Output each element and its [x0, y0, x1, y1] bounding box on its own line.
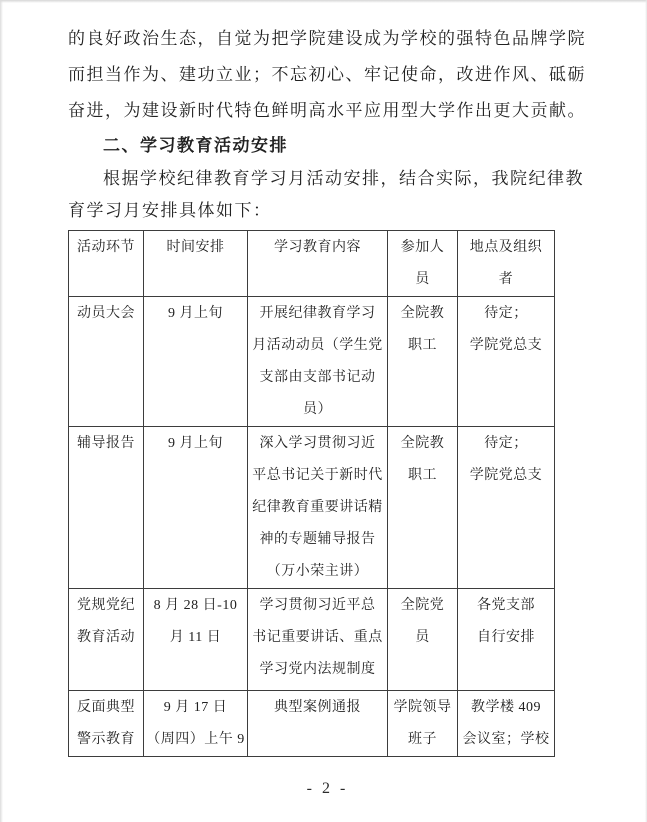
cell-line: 纪律教育重要讲话精 [250, 492, 385, 524]
cell-line: 班子 [390, 724, 455, 756]
cell-line: 自行安排 [460, 622, 552, 654]
cell-line: 动员大会 [71, 298, 141, 330]
table-cell: 教学楼 409会议室；学校 [458, 691, 555, 757]
document-page: 的良好政治生态，自觉为把学院建设成为学校的强特色品牌学院而担当作为、建功立业；不… [0, 0, 647, 822]
cell-line: 活动环节 [71, 232, 141, 264]
cell-line: 支部由支部书记动 [250, 362, 385, 394]
cell-line: 员 [390, 622, 455, 654]
table-cell: 全院党员 [388, 589, 458, 691]
header-cell: 参加人员 [388, 231, 458, 297]
text-line: 而担当作为、建功立业；不忘初心、牢记使命，改进作风、砥砺 [68, 57, 587, 93]
table-cell: 待定；学院党总支 [458, 297, 555, 427]
cell-line: 员 [390, 264, 455, 296]
body-paragraph-1: 的良好政治生态，自觉为把学院建设成为学校的强特色品牌学院而担当作为、建功立业；不… [68, 21, 587, 129]
cell-line: 学院领导 [390, 692, 455, 724]
table-row: 动员大会9 月上旬开展纪律教育学习月活动动员（学生党支部由支部书记动员）全院教职… [69, 297, 555, 427]
cell-line: 职工 [390, 460, 455, 492]
table-header-row: 活动环节时间安排学习教育内容参加人员地点及组织者 [69, 231, 555, 297]
cell-line: 党规党纪 [71, 590, 141, 622]
table-row: 反面典型警示教育9 月 17 日（周四）上午 9典型案例通报学院领导班子教学楼 … [69, 691, 555, 757]
table-cell: 深入学习贯彻习近平总书记关于新时代纪律教育重要讲话精神的专题辅导报告（万小荣主讲… [248, 427, 388, 589]
table-cell: 典型案例通报 [248, 691, 388, 757]
cell-line: 时间安排 [146, 232, 245, 264]
table-cell: 8 月 28 日-10月 11 日 [144, 589, 248, 691]
cell-line: 辅导报告 [71, 428, 141, 460]
cell-line: 教学楼 409 [460, 692, 552, 724]
cell-line: 深入学习贯彻习近 [250, 428, 385, 460]
cell-line: 员） [250, 394, 385, 426]
table-cell: 全院教职工 [388, 297, 458, 427]
page-content: 的良好政治生态，自觉为把学院建设成为学校的强特色品牌学院而担当作为、建功立业；不… [68, 21, 587, 798]
table-cell: 9 月上旬 [144, 427, 248, 589]
cell-line: 地点及组织 [460, 232, 552, 264]
text-line: 奋进，为建设新时代特色鲜明高水平应用型大学作出更大贡献。 [68, 93, 587, 129]
table-cell: 待定；学院党总支 [458, 427, 555, 589]
table-row: 辅导报告9 月上旬深入学习贯彻习近平总书记关于新时代纪律教育重要讲话精神的专题辅… [69, 427, 555, 589]
table-cell: 全院教职工 [388, 427, 458, 589]
cell-line: 9 月上旬 [146, 428, 245, 460]
table-cell: 开展纪律教育学习月活动动员（学生党支部由支部书记动员） [248, 297, 388, 427]
cell-line: 各党支部 [460, 590, 552, 622]
cell-line: 学院党总支 [460, 330, 552, 362]
table-cell: 9 月 17 日（周四）上午 9 [144, 691, 248, 757]
cell-line: 反面典型 [71, 692, 141, 724]
cell-line: 学习贯彻习近平总 [250, 590, 385, 622]
cell-line: 9 月上旬 [146, 298, 245, 330]
cell-line: 警示教育 [71, 724, 141, 756]
page-number: - 2 - [68, 780, 587, 798]
cell-line: （周四）上午 9 [146, 724, 245, 756]
text-line: 根据学校纪律教育学习月活动安排，结合实际，我院纪律教 [68, 163, 587, 195]
cell-line: 职工 [390, 330, 455, 362]
table-cell: 党规党纪教育活动 [69, 589, 144, 691]
table-cell: 学习贯彻习近平总书记重要讲话、重点学习党内法规制度 [248, 589, 388, 691]
table-cell: 反面典型警示教育 [69, 691, 144, 757]
cell-line: 8 月 28 日-10 [146, 590, 245, 622]
schedule-table: 活动环节时间安排学习教育内容参加人员地点及组织者 动员大会9 月上旬开展纪律教育… [68, 230, 555, 757]
cell-line: 待定； [460, 298, 552, 330]
table-cell: 辅导报告 [69, 427, 144, 589]
cell-line: （万小荣主讲） [250, 556, 385, 588]
page-edge-left [0, 0, 3, 822]
cell-line: 学习教育内容 [250, 232, 385, 264]
cell-line: 待定； [460, 428, 552, 460]
table-cell: 动员大会 [69, 297, 144, 427]
cell-line: 学院党总支 [460, 460, 552, 492]
cell-line: 教育活动 [71, 622, 141, 654]
cell-line: 全院教 [390, 298, 455, 330]
cell-line: 9 月 17 日 [146, 692, 245, 724]
header-cell: 活动环节 [69, 231, 144, 297]
cell-line: 全院教 [390, 428, 455, 460]
page-edge-top [0, 0, 647, 3]
header-cell: 学习教育内容 [248, 231, 388, 297]
table-body: 动员大会9 月上旬开展纪律教育学习月活动动员（学生党支部由支部书记动员）全院教职… [69, 297, 555, 757]
cell-line: 参加人 [390, 232, 455, 264]
cell-line: 者 [460, 264, 552, 296]
table-cell: 各党支部自行安排 [458, 589, 555, 691]
text-line: 育学习月安排具体如下： [68, 195, 587, 227]
cell-line: 会议室；学校 [460, 724, 552, 756]
cell-line: 月 11 日 [146, 622, 245, 654]
table-cell: 学院领导班子 [388, 691, 458, 757]
text-line: 的良好政治生态，自觉为把学院建设成为学校的强特色品牌学院 [68, 21, 587, 57]
header-cell: 地点及组织者 [458, 231, 555, 297]
cell-line: 开展纪律教育学习 [250, 298, 385, 330]
cell-line: 学习党内法规制度 [250, 654, 385, 686]
body-paragraph-2: 根据学校纪律教育学习月活动安排，结合实际，我院纪律教育学习月安排具体如下： [68, 163, 587, 227]
cell-line: 平总书记关于新时代 [250, 460, 385, 492]
table-row: 党规党纪教育活动8 月 28 日-10月 11 日学习贯彻习近平总书记重要讲话、… [69, 589, 555, 691]
header-cell: 时间安排 [144, 231, 248, 297]
cell-line: 神的专题辅导报告 [250, 524, 385, 556]
cell-line: 书记重要讲话、重点 [250, 622, 385, 654]
cell-line: 全院党 [390, 590, 455, 622]
cell-line: 月活动动员（学生党 [250, 330, 385, 362]
section-heading: 二、学习教育活动安排 [68, 129, 587, 163]
table-cell: 9 月上旬 [144, 297, 248, 427]
cell-line: 典型案例通报 [250, 692, 385, 724]
